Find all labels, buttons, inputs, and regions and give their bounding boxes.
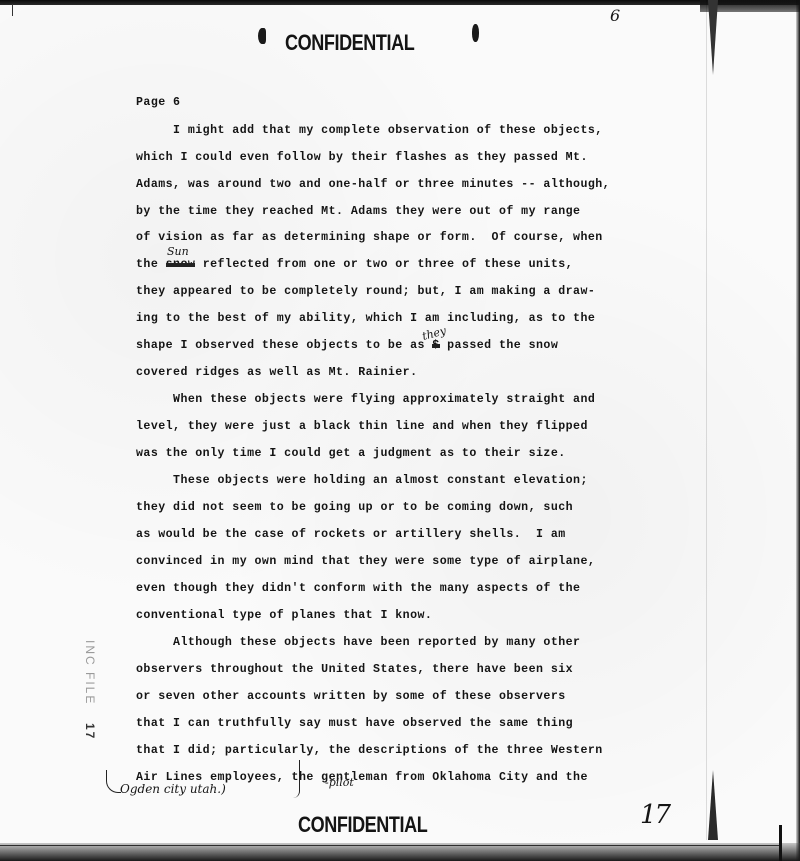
text-line: they appeared to be completely round; bu…	[136, 285, 595, 298]
classification-stamp-top: CONFIDENTIAL	[285, 30, 414, 56]
handwritten-insert-pilot: -pilot	[325, 776, 354, 789]
text-line: shape I observed these objects to be as …	[136, 339, 558, 352]
text-line: Adams, was around two and one-half or th…	[136, 178, 610, 191]
text-line: convinced in my own mind that they were …	[136, 555, 595, 568]
text-line: observers throughout the United States, …	[136, 663, 573, 676]
handwritten-bracket-mid	[293, 760, 300, 798]
handwritten-bracket-left	[106, 770, 121, 793]
fold-shadow-bottom	[708, 770, 718, 840]
document-page: CONFIDENTIAL 6 Page 6 I might add that m…	[0, 0, 800, 861]
side-stamp-number: 17	[83, 723, 97, 740]
scan-right-edge	[796, 0, 800, 861]
scan-bottom-tick	[779, 825, 782, 861]
classification-stamp-bottom: CONFIDENTIAL	[298, 812, 427, 838]
side-stamp-text: INC FILE	[83, 640, 97, 705]
text-line: that I can truthfully say must have obse…	[136, 717, 573, 730]
fold-line	[706, 0, 707, 840]
text-line: by the time they reached Mt. Adams they …	[136, 205, 580, 218]
text-line: covered ridges as well as Mt. Rainier.	[136, 366, 417, 379]
text-fragment: reflected from one or two or three of th…	[195, 258, 573, 271]
text-line: or seven other accounts written by some …	[136, 690, 566, 703]
page-label: Page 6	[136, 96, 180, 109]
text-line: I might add that my complete observation…	[136, 124, 603, 137]
text-line: Although these objects have been reporte…	[136, 636, 580, 649]
struck-char: $	[432, 339, 439, 352]
handwritten-document-number: 17	[640, 800, 669, 830]
text-fragment: shape I observed these objects to be as	[136, 339, 432, 352]
scan-bottom-edge	[0, 843, 800, 861]
scan-top-edge	[0, 0, 800, 5]
text-line: as would be the case of rockets or artil…	[136, 528, 566, 541]
ink-blot-left	[258, 28, 266, 44]
text-line: When these objects were flying approxima…	[136, 393, 595, 406]
text-line: the snow reflected from one or two or th…	[136, 258, 573, 271]
ink-blot-right	[472, 24, 479, 42]
text-line: of vision as far as determining shape or…	[136, 231, 603, 244]
side-file-stamp: INC FILE17	[83, 640, 97, 741]
handwritten-page-number: 6	[610, 6, 620, 25]
text-line: ing to the best of my ability, which I a…	[136, 312, 595, 325]
text-fragment: the	[136, 258, 166, 271]
struck-word: snow	[166, 258, 196, 271]
text-fragment: passed the snow	[440, 339, 559, 352]
handwritten-insert-sun: Sun	[167, 245, 189, 258]
text-line: These objects were holding an almost con…	[136, 474, 588, 487]
text-line: even though they didn't conform with the…	[136, 582, 580, 595]
corner-mark	[12, 4, 13, 16]
text-line: level, they were just a black thin line …	[136, 420, 588, 433]
text-line: which I could even follow by their flash…	[136, 151, 588, 164]
text-line: that I did; particularly, the descriptio…	[136, 744, 603, 757]
handwritten-insert-ogden: Ogden city utah.)	[120, 782, 226, 796]
fold-shadow-top	[708, 0, 718, 75]
text-line: was the only time I could get a judgment…	[136, 447, 566, 460]
text-line: they did not seem to be going up or to b…	[136, 501, 573, 514]
text-line: conventional type of planes that I know.	[136, 609, 432, 622]
